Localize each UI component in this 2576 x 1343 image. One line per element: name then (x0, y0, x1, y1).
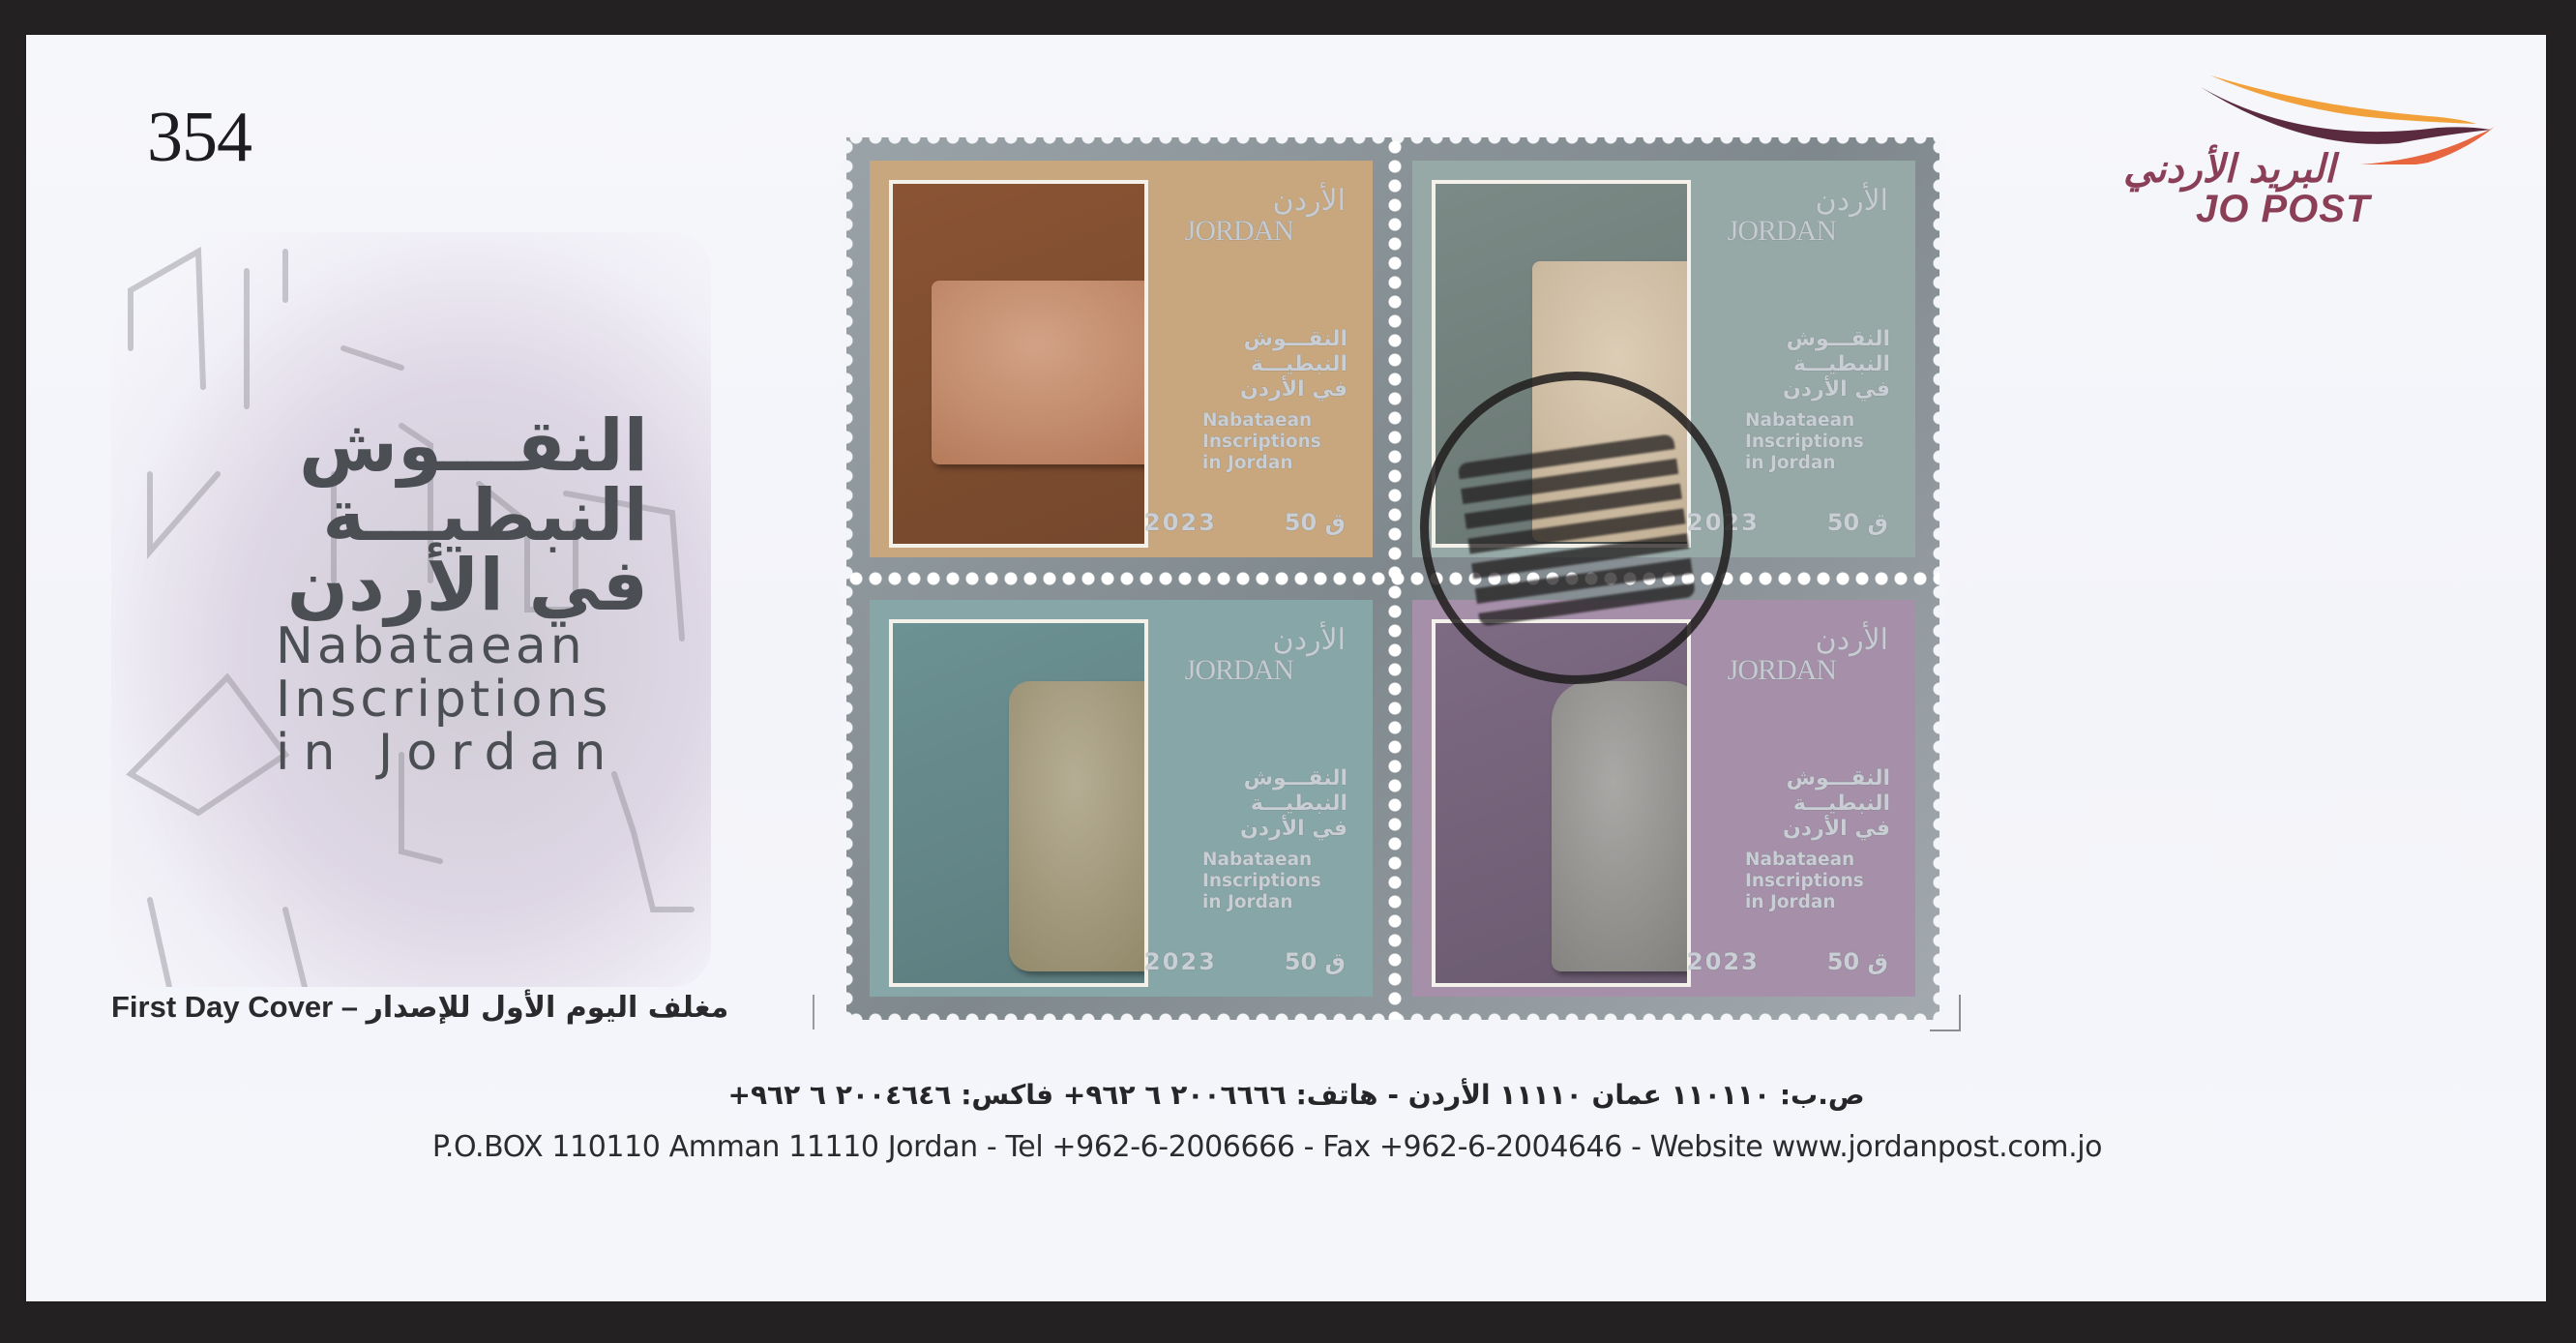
fdc-label-en: First Day Cover (111, 990, 333, 1024)
catalog-number: 354 (147, 97, 252, 179)
stamp-title-ar-line: النبطيـــة (1755, 352, 1890, 377)
stamp-title-en-line: in Jordan (1202, 453, 1347, 474)
cachet-title-en-line-3: in Jordan (276, 727, 648, 780)
stamp-title-en: Nabataean Inscriptions in Jordan (1745, 410, 1890, 474)
stamp-title-en-line: in Jordan (1745, 892, 1890, 913)
inscription-photo (889, 619, 1148, 987)
stamp-country-ar: الأردن (1273, 184, 1346, 218)
cachet-title-ar-line-3: في الأردن (276, 551, 648, 620)
cachet-title-en-line-1: Nabataean (276, 620, 648, 673)
stamp-title-ar-line: في الأردن (1212, 377, 1347, 403)
stamp-title-ar-line: في الأردن (1755, 817, 1890, 842)
stamp-bottom-right: الأردن JORDAN النقـــوش النبطيـــة في ال… (1412, 600, 1915, 997)
stamp-title-en-line: Nabataean (1202, 410, 1347, 432)
stamp-title-ar: النقـــوش النبطيـــة في الأردن (1212, 327, 1347, 403)
cachet-title: النقـــوش النبطيـــة في الأردن Nabataean… (276, 411, 648, 780)
inscribed-stone-tablet (1009, 681, 1148, 971)
logo-name-en: JO POST (2196, 188, 2370, 231)
stamp-title-ar-line: النقـــوش (1212, 766, 1347, 791)
stamp-title-ar: النقـــوش النبطيـــة في الأردن (1212, 766, 1347, 842)
fdc-label-ar: مغلف اليوم الأول للإصدار (367, 991, 729, 1025)
cachet-title-ar-line-2: النبطيـــة (276, 481, 648, 551)
stamp-title-en-line: Inscriptions (1202, 432, 1347, 453)
stamp-title-en-line: Inscriptions (1745, 432, 1890, 453)
stamp-country-en: JORDAN (1185, 654, 1293, 687)
stamp-country-en: JORDAN (1728, 654, 1836, 687)
stamp-denomination: 50 ق (1827, 509, 1888, 536)
stamp-title-ar-line: النبطيـــة (1212, 352, 1347, 377)
inscribed-stone-tablet (1552, 681, 1691, 971)
stamp-country-ar: الأردن (1816, 623, 1888, 657)
stamp-year: 2023 (1144, 948, 1217, 975)
stamp-title-en-line: in Jordan (1202, 892, 1347, 913)
stamp-title-en-line: Nabataean (1745, 410, 1890, 432)
stamp-country-en: JORDAN (1728, 215, 1836, 248)
stamp-title-en-line: Nabataean (1202, 850, 1347, 871)
stamp-title-ar-line: في الأردن (1212, 817, 1347, 842)
stamp-title-ar-line: النبطيـــة (1755, 791, 1890, 817)
address-line-ar: ص.ب: ١١٠١١٠ عمان ١١١١٠ الأردن - هاتف: ٢٠… (696, 1079, 1896, 1111)
stamp-year: 2023 (1144, 509, 1217, 536)
stamp-title-ar-line: النبطيـــة (1212, 791, 1347, 817)
fdc-separator: – (333, 990, 366, 1024)
stamp-bottom-left: الأردن JORDAN النقـــوش النبطيـــة في ال… (870, 600, 1373, 997)
stamp-title-en-line: Nabataean (1745, 850, 1890, 871)
stamp-title-en: Nabataean Inscriptions in Jordan (1202, 410, 1347, 474)
inscribed-stone-tablet (932, 281, 1148, 464)
stamp-title-en: Nabataean Inscriptions in Jordan (1202, 850, 1347, 913)
stamp-title-en: Nabataean Inscriptions in Jordan (1745, 850, 1890, 913)
stamp-denomination: 50 ق (1285, 948, 1346, 975)
stamp-title-en-line: Inscriptions (1202, 871, 1347, 892)
crop-mark-corner (1930, 995, 1961, 1031)
stamp-top-left: الأردن JORDAN النقـــوش النبطيـــة في ال… (870, 161, 1373, 557)
stamp-title-ar-line: النقـــوش (1755, 327, 1890, 352)
stamp-year: 2023 (1687, 948, 1760, 975)
stamp-title-ar-line: النقـــوش (1212, 327, 1347, 352)
stamp-title-ar-line: في الأردن (1755, 377, 1890, 403)
stamp-title-ar-line: النقـــوش (1755, 766, 1890, 791)
jo-post-logo: البريد الأردني JO POST (2109, 68, 2525, 232)
stamp-title-ar: النقـــوش النبطيـــة في الأردن (1755, 766, 1890, 842)
stamp-title-ar: النقـــوش النبطيـــة في الأردن (1755, 327, 1890, 403)
cachet-title-en-line-2: Inscriptions (276, 673, 648, 727)
stamp-title-en-line: Inscriptions (1745, 871, 1890, 892)
address-line-en: P.O.BOX 110110 Amman 11110 Jordan - Tel … (406, 1130, 2128, 1164)
crop-mark-left (813, 995, 844, 1030)
stamp-country-ar: الأردن (1816, 184, 1888, 218)
logo-name-ar: البريد الأردني (2123, 147, 2335, 192)
stamp-country-en: JORDAN (1185, 215, 1293, 248)
stamp-country-ar: الأردن (1273, 623, 1346, 657)
first-day-cover-label: First Day Cover – مغلف اليوم الأول للإصد… (111, 990, 728, 1025)
stamp-title-en-line: in Jordan (1745, 453, 1890, 474)
perforation-vertical-divider (1388, 137, 1402, 1020)
stamp-denomination: 50 ق (1827, 948, 1888, 975)
stamp-denomination: 50 ق (1285, 509, 1346, 536)
postmark-text-block (1458, 433, 1696, 627)
cachet-title-ar-line-1: النقـــوش (276, 411, 648, 481)
inscription-photo (889, 180, 1148, 548)
stamp-block: الأردن JORDAN النقـــوش النبطيـــة في ال… (846, 137, 1939, 1020)
